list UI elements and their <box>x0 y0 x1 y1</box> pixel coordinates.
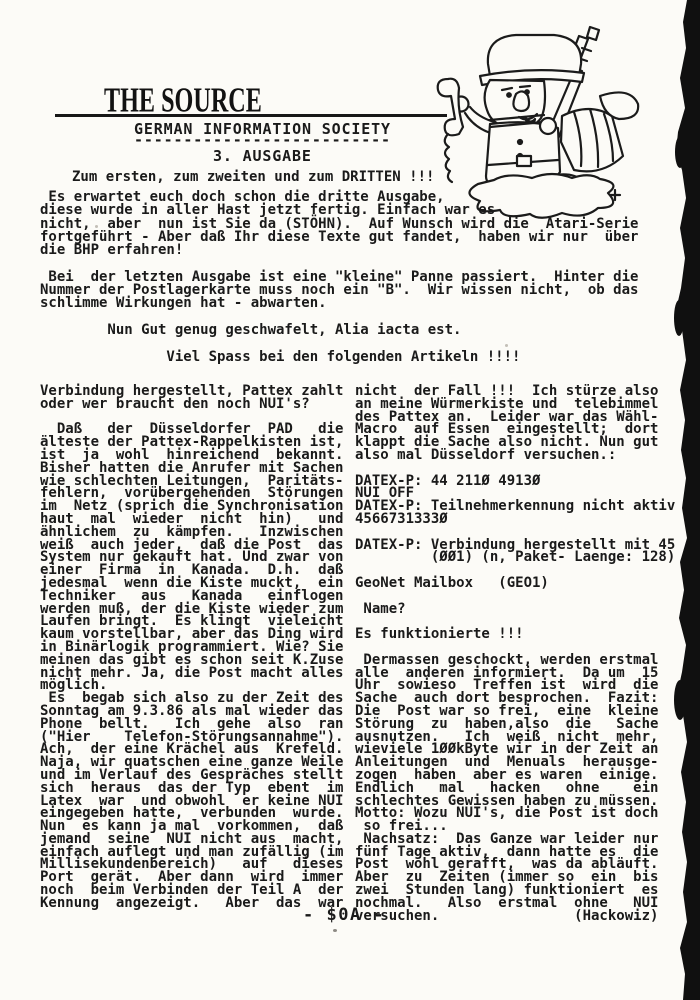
article-right-column: nicht der Fall !!! Ich stürze also an me… <box>355 385 675 922</box>
scan-speck <box>505 344 508 347</box>
scan-speck <box>95 225 98 228</box>
masthead-rule <box>55 114 447 117</box>
glove <box>540 118 556 134</box>
telephone-handset <box>438 79 463 136</box>
scanned-newsletter-page: THE SOURCE GERMAN INFORMATION SOCIETY --… <box>0 0 700 1000</box>
right-edge-scan-artifact <box>674 0 700 1000</box>
issue-label: 3. AUSGABE <box>213 147 312 165</box>
belt-buckle <box>517 156 531 166</box>
intro-paragraphs: Es erwartet euch doch schon die dritte A… <box>40 191 638 364</box>
phone-cord <box>445 134 452 182</box>
scan-speck <box>333 929 337 932</box>
tagline: Zum ersten, zum zweiten und zum DRITTEN … <box>72 169 434 185</box>
article-left-column: Verbindung hergestellt, Pattex zahlt ode… <box>40 385 343 910</box>
rifle-barrel <box>587 27 599 40</box>
nose <box>513 91 529 111</box>
page-number: - $0A - <box>303 905 385 925</box>
